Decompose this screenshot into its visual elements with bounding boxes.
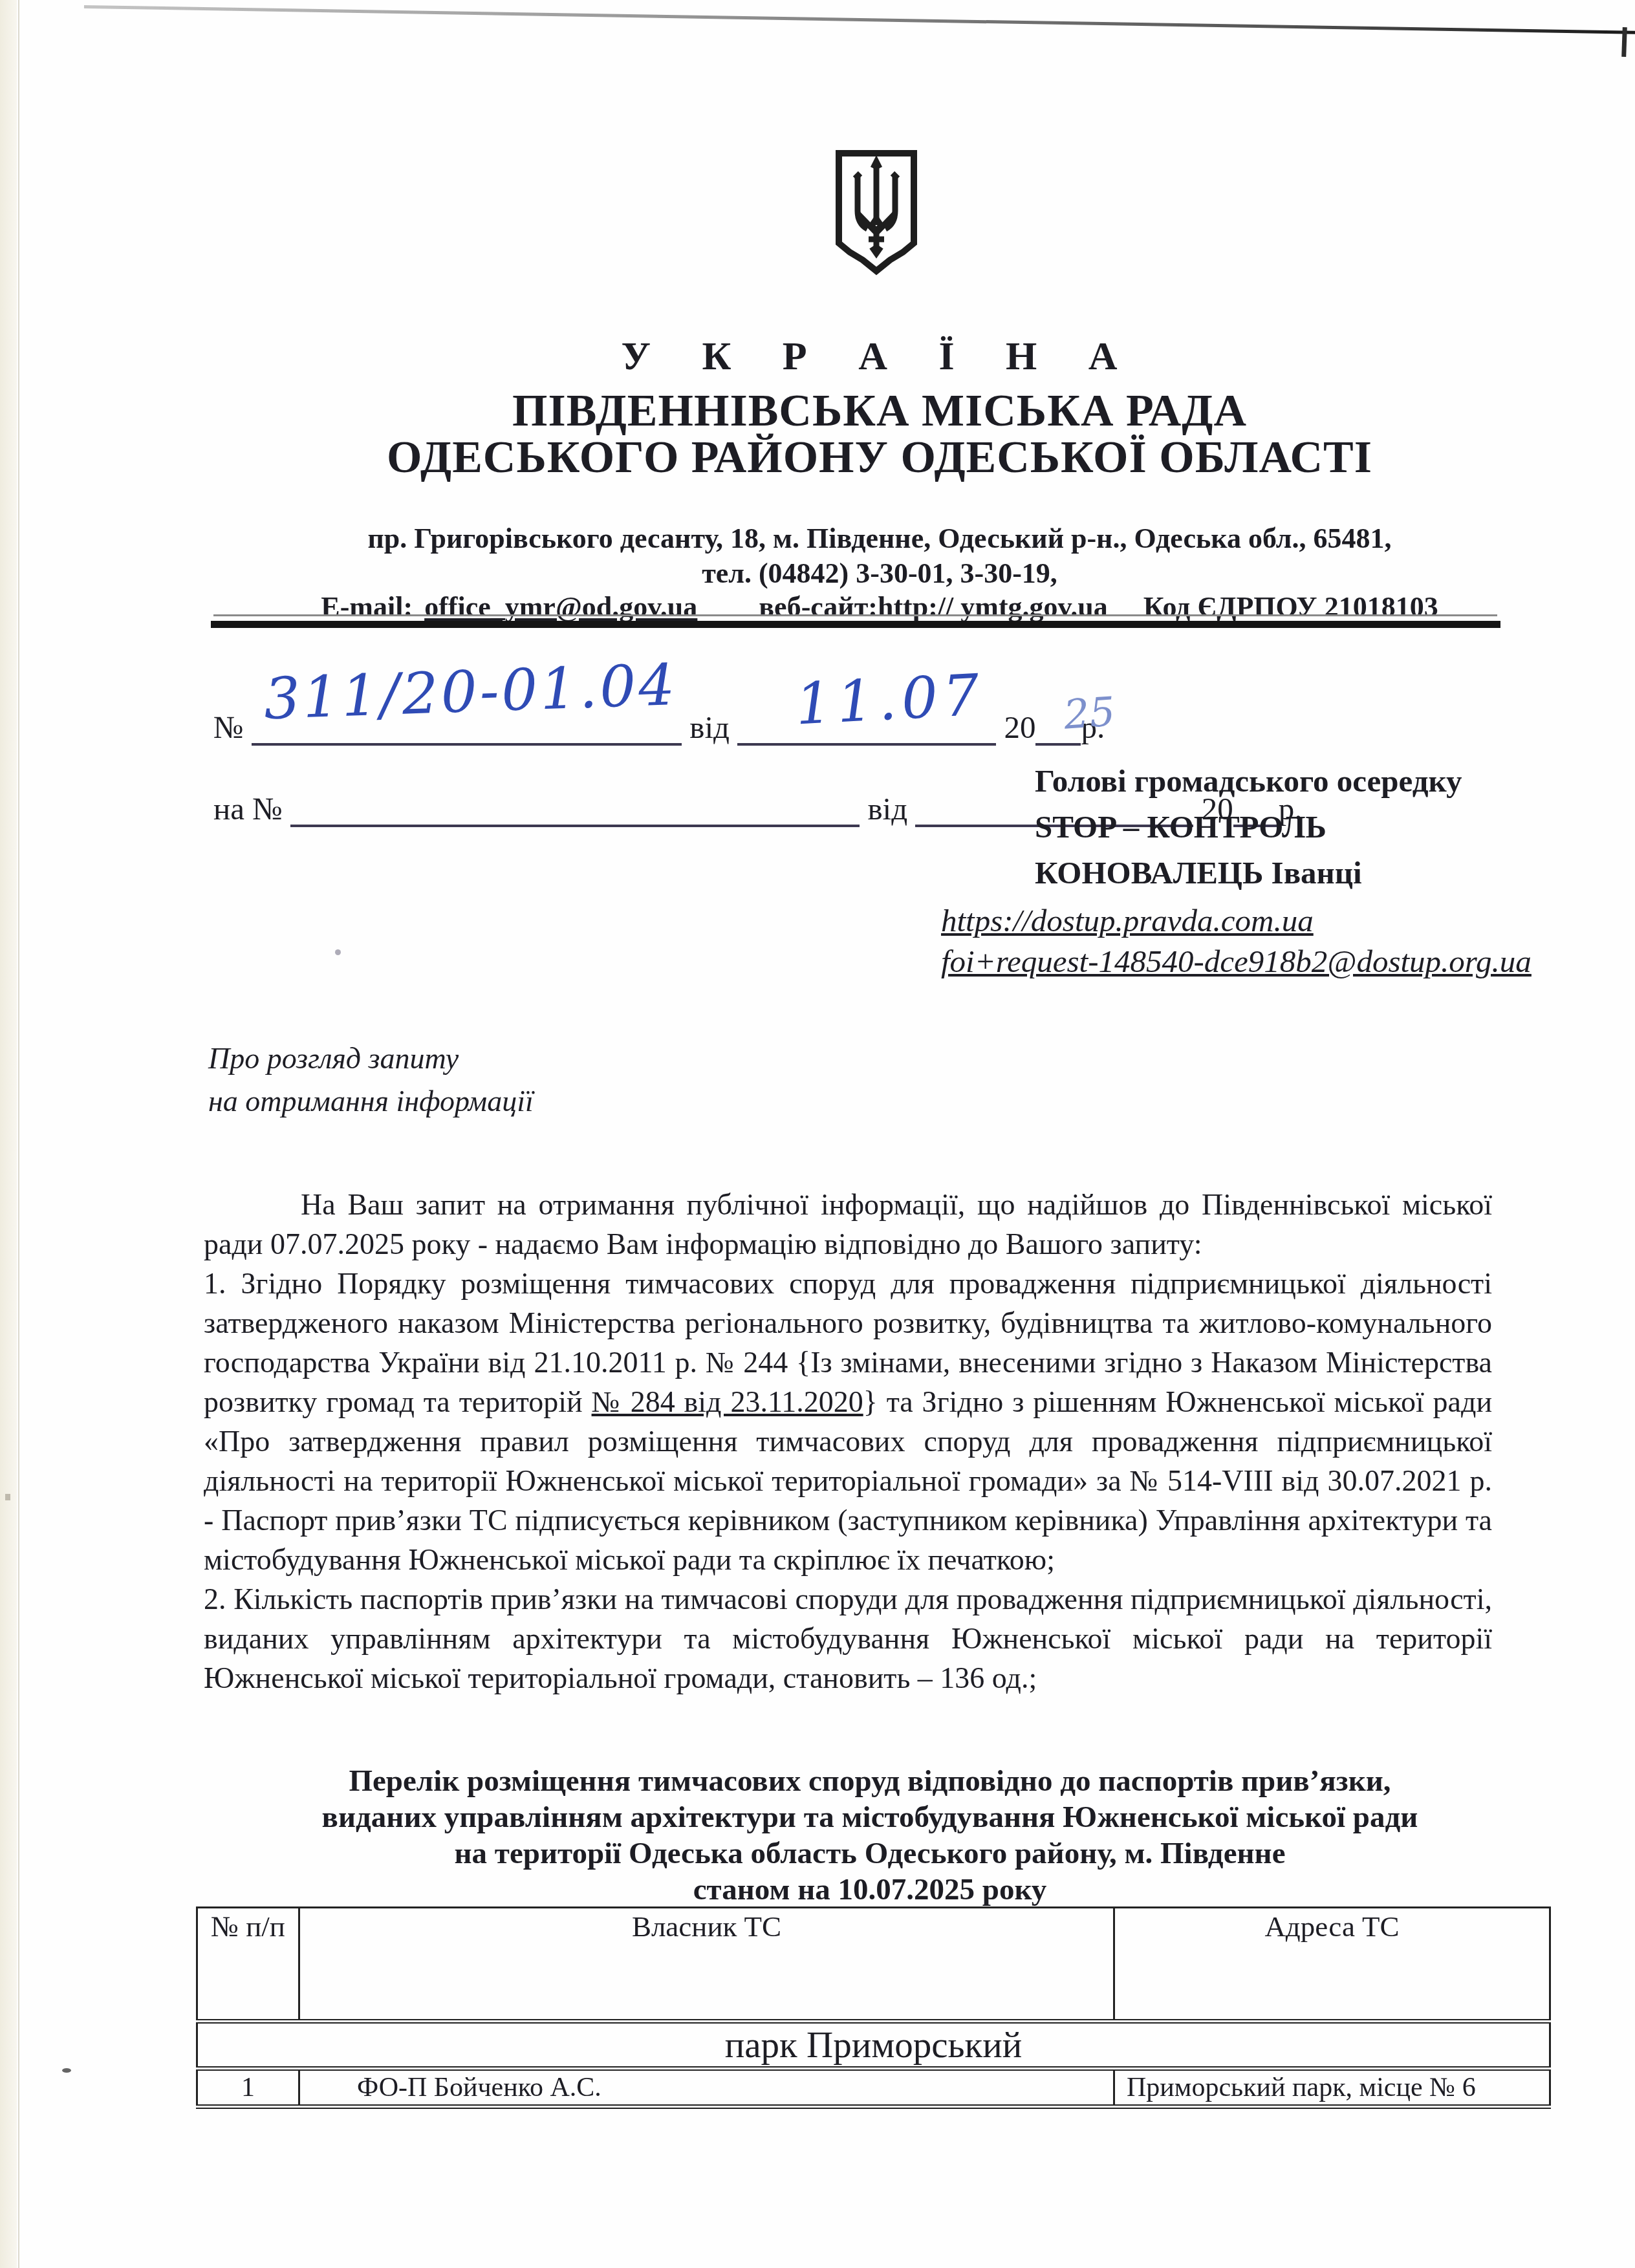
table-title-line-3: на території Одеська область Одеського р… <box>204 1835 1536 1872</box>
letterhead-council-name: ПІВДЕННІВСЬКА МІСЬКА РАДА <box>204 385 1555 437</box>
ref-na-label: на № <box>213 791 283 826</box>
letterhead-contacts-line: E-mail: office_ymr@od.gov.ua веб-сайт:ht… <box>204 590 1555 624</box>
col-header-owner: Власник ТС <box>299 1908 1114 2022</box>
table-title: Перелік розміщення тимчасових споруд від… <box>204 1763 1536 1908</box>
edrpou-code: Код ЄДРПОУ 21018103 <box>1143 590 1438 624</box>
recipient-organization: STOP – КОНТРОЛЬ <box>1035 804 1539 850</box>
scan-speck <box>335 949 341 955</box>
table-section-row: парк Приморський <box>197 2022 1550 2069</box>
table-title-line-2: виданих управлінням архітектури та місто… <box>204 1799 1536 1835</box>
recipient-title: Голові громадського осередку <box>1035 758 1539 804</box>
ref-vid-label: від <box>689 709 730 745</box>
recipient-links-block: https://dostup.pravda.com.ua foi+request… <box>941 900 1588 982</box>
table-title-line-4: станом на 10.07.2025 року <box>204 1872 1536 1908</box>
scan-speck <box>62 2068 71 2073</box>
table-row: 1 ФО-П Бойченко А.С. Приморський парк, м… <box>197 2069 1550 2107</box>
ref-year-prefix: 20 <box>1004 709 1035 745</box>
body-item-1: 1. Згідно Порядку розміщення тимчасових … <box>204 1264 1492 1579</box>
body-item-1-underlined-ref: № 284 від 23.11.2020 <box>592 1385 863 1418</box>
handwritten-year: 25 <box>1063 687 1117 738</box>
row-address-cell: Приморський парк, місце № 6 <box>1114 2069 1550 2107</box>
col-header-address: Адреса ТС <box>1114 1908 1550 2022</box>
temporary-structures-table: № п/п Власник ТС Адреса ТС парк Приморсь… <box>196 1906 1551 2109</box>
col-header-number: № п/п <box>197 1908 299 2022</box>
letterhead-postal-address: пр. Григорівського десанту, 18, м. Півде… <box>204 521 1555 556</box>
letterhead-country: У К Р А Ї Н А <box>204 334 1555 380</box>
dostup-pravda-url: https://dostup.pravda.com.ua <box>941 900 1588 941</box>
foi-request-email: foi+request-148540-dce918b2@dostup.org.u… <box>941 941 1588 982</box>
body-item-2: 2. Кількість паспортів прив’язки на тимч… <box>204 1579 1492 1698</box>
scan-speck <box>5 1494 10 1500</box>
page-left-edge-shadow <box>0 0 17 2268</box>
handwritten-date: 11.07 <box>794 661 986 737</box>
scan-top-edge-line <box>84 5 1635 34</box>
letterhead-phone-line: тел. (04842) 3-30-01, 3-30-19, <box>204 556 1555 590</box>
recipient-person: КОНОВАЛЕЦЬ Іванці <box>1035 850 1539 896</box>
website-address: веб-сайт:http:// ymtg.gov.ua <box>759 590 1107 624</box>
letterhead-divider-thick <box>211 621 1500 628</box>
page-left-edge-line <box>18 0 19 2268</box>
email-address: office_ymr@od.gov.ua <box>424 590 697 624</box>
scan-top-right-mark <box>1621 27 1627 57</box>
letter-body: На Ваш запит на отримання публічної інфо… <box>204 1185 1492 1698</box>
table-title-line-1: Перелік розміщення тимчасових споруд від… <box>204 1763 1536 1799</box>
letterhead-divider-thin <box>213 614 1497 616</box>
row-owner-cell: ФО-П Бойченко А.С. <box>299 2069 1114 2107</box>
ref2-number-blank <box>290 791 860 827</box>
ukraine-trident-emblem-icon <box>833 149 920 277</box>
subject-line-1: Про розгляд запиту <box>208 1037 534 1080</box>
row-number-cell: 1 <box>197 2069 299 2107</box>
section-park-prymorskyi: парк Приморський <box>197 2022 1550 2069</box>
body-intro-paragraph: На Ваш запит на отримання публічної інфо… <box>204 1185 1492 1264</box>
table-header-row: № п/п Власник ТС Адреса ТС <box>197 1908 1550 2022</box>
subject-line-2: на отримання інформації <box>208 1080 534 1123</box>
letter-subject: Про розгляд запиту на отримання інформац… <box>208 1037 534 1123</box>
scanned-letter-page: У К Р А Ї Н А ПІВДЕННІВСЬКА МІСЬКА РАДА … <box>0 0 1635 2268</box>
email-label: E-mail: <box>321 590 413 624</box>
recipient-block: Голові громадського осередку STOP – КОНТ… <box>1035 758 1539 896</box>
ref2-vid-label: від <box>867 791 907 826</box>
letterhead-region-name: ОДЕСЬКОГО РАЙОНУ ОДЕСЬКОЇ ОБЛАСТІ <box>204 432 1555 484</box>
ref-no-label: № <box>213 709 244 745</box>
